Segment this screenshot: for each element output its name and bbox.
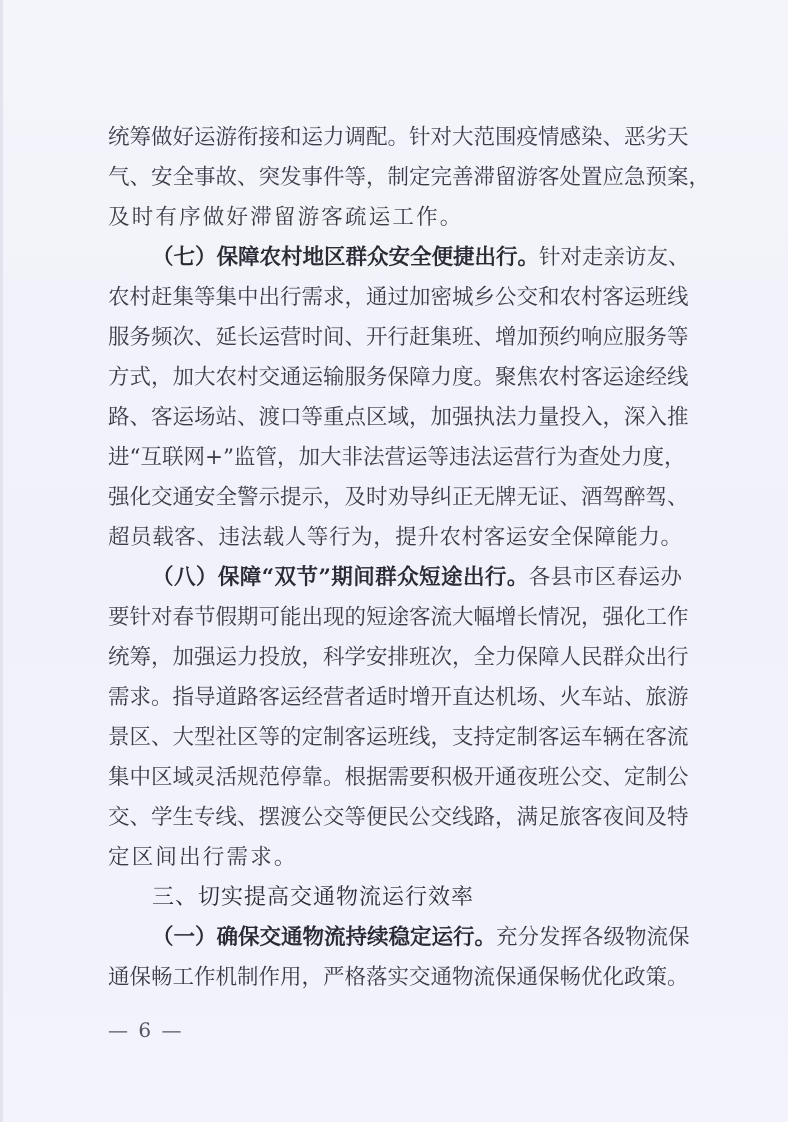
text-line: 需求。指导道路客运经营者适时增开直达机场、火车站、旅游 bbox=[108, 682, 682, 722]
section-3-1-first-line: （一）确保交通物流持续稳定运行。充分发挥各级物流保 bbox=[108, 922, 682, 962]
text-line: 方式，加大农村交通运输服务保障力度。聚焦农村客运途经线 bbox=[108, 362, 682, 402]
section-3-1-title: （一）确保交通物流持续稳定运行。 bbox=[152, 925, 496, 950]
section-7-first-line: （七）保障农村地区群众安全便捷出行。针对走亲访友、 bbox=[108, 242, 682, 282]
text-line: 景区、大型社区等的定制客运班线，支持定制客运车辆在客流 bbox=[108, 722, 682, 762]
document-body: 统筹做好运游衔接和运力调配。针对大范围疫情感染、恶劣天 气、安全事故、突发事件等… bbox=[108, 122, 682, 1002]
section-8-first-line: （八）保障“双节”期间群众短途出行。各县市区春运办 bbox=[108, 562, 682, 602]
text-line: 集中区域灵活规范停靠。根据需要积极开通夜班公交、定制公 bbox=[108, 762, 682, 802]
section-7-title: （七）保障农村地区群众安全便捷出行。 bbox=[152, 245, 539, 270]
document-page: 统筹做好运游衔接和运力调配。针对大范围疫情感染、恶劣天 气、安全事故、突发事件等… bbox=[0, 0, 788, 1122]
text-line: 定区间出行需求。 bbox=[108, 842, 682, 882]
section-8-text: 各县市区春运办 bbox=[529, 565, 682, 590]
scan-edge bbox=[0, 0, 3, 1122]
text-line: 气、安全事故、突发事件等，制定完善滞留游客处置应急预案， bbox=[108, 162, 682, 202]
text-line: 服务频次、延长运营时间、开行赶集班、增加预约响应服务等 bbox=[108, 322, 682, 362]
text-line: 及时有序做好滞留游客疏运工作。 bbox=[108, 202, 682, 242]
section-7-text: 针对走亲访友、 bbox=[539, 245, 690, 270]
text-line: 统筹做好运游衔接和运力调配。针对大范围疫情感染、恶劣天 bbox=[108, 122, 682, 162]
text-line: 进“互联网+”监管，加大非法营运等违法运营行为查处力度， bbox=[108, 442, 682, 482]
section-heading: 三、切实提高交通物流运行效率 bbox=[108, 882, 682, 922]
text-line: 通保畅工作机制作用，严格落实交通物流保通保畅优化政策。 bbox=[108, 962, 682, 1002]
text-line: 交、学生专线、摆渡公交等便民公交线路，满足旅客夜间及特 bbox=[108, 802, 682, 842]
text-line: 超员载客、违法载人等行为，提升农村客运安全保障能力。 bbox=[108, 522, 682, 562]
text-line: 农村赶集等集中出行需求，通过加密城乡公交和农村客运班线 bbox=[108, 282, 682, 322]
section-8-title: （八）保障“双节”期间群众短途出行。 bbox=[152, 565, 529, 590]
text-line: 要针对春节假期可能出现的短途客流大幅增长情况，强化工作 bbox=[108, 602, 682, 642]
page-number: — 6 — bbox=[108, 1018, 183, 1042]
text-line: 强化交通安全警示提示，及时劝导纠正无牌无证、酒驾醉驾、 bbox=[108, 482, 682, 522]
text-line: 路、客运场站、渡口等重点区域，加强执法力量投入，深入推 bbox=[108, 402, 682, 442]
text-line: 统筹，加强运力投放，科学安排班次，全力保障人民群众出行 bbox=[108, 642, 682, 682]
section-3-1-text: 充分发挥各级物流保 bbox=[496, 925, 690, 950]
